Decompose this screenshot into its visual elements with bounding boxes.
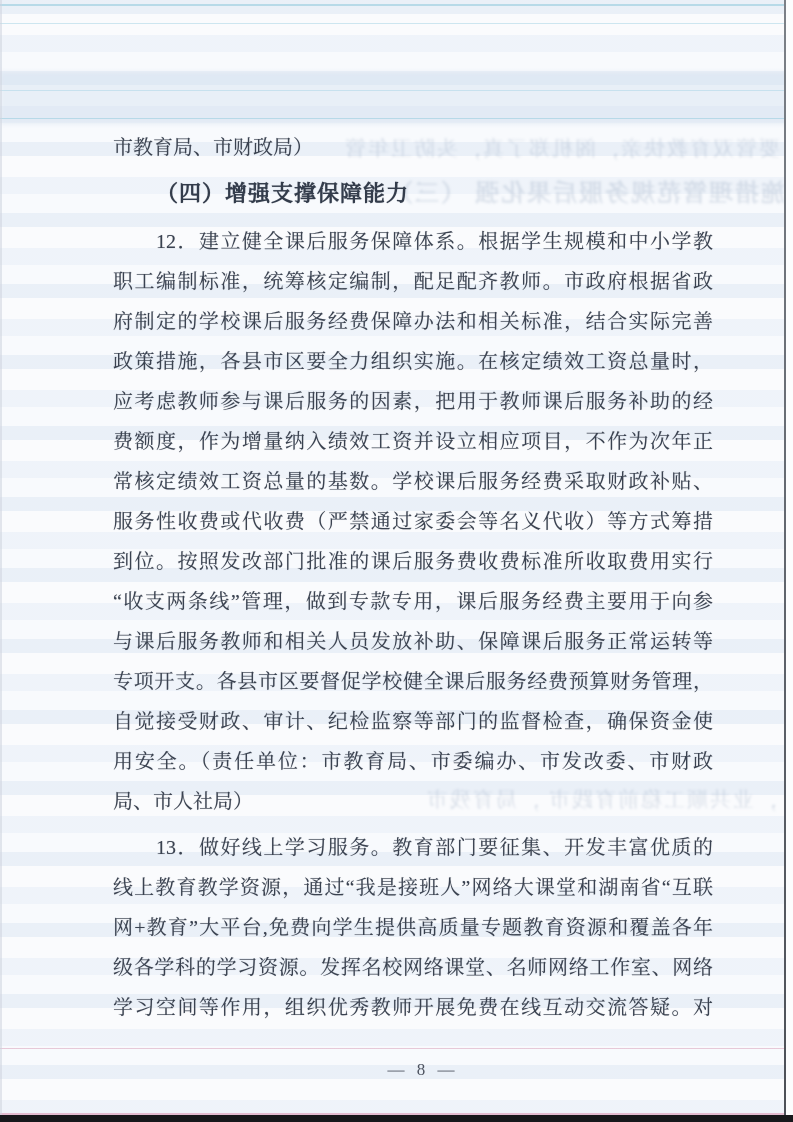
body-text-line: 常核定绩效工资总量的基数。学校课后服务经费采取财政补贴、 — [113, 462, 713, 502]
body-text-line: 应考虑教师参与课后服务的因素，把用于教师课后服务补助的经 — [113, 382, 713, 422]
page-number: — 8 — — [113, 1060, 733, 1080]
page-right-margin — [786, 0, 793, 1122]
body-text-line: 专项开支。各县市区要督促学校健全课后服务经费预算财务管理， — [113, 662, 713, 702]
section-heading: （四）增强支撑保障能力 — [113, 174, 713, 214]
body-text-line: 局、市人社局） — [113, 782, 713, 822]
body-text-line: 自觉接受财政、审计、纪检监察等部门的监督检查，确保资金使 — [113, 702, 713, 742]
body-text-line: 12．建立健全课后服务保障体系。根据学生规模和中小学教 — [113, 222, 713, 262]
body-text-line: 用安全。（责任单位：市教育局、市委编办、市发改委、市财政 — [113, 742, 713, 782]
paragraph-13: 13．做好线上学习服务。教育部门要征集、开发丰富优质的 线上教育教学资源，通过“… — [113, 828, 713, 1028]
body-text-line: “收支两条线”管理，做到专款专用，课后服务经费主要用于向参 — [113, 582, 713, 622]
scanned-document-page: 要管双育教快亲，阁机郑了真，头防卫年管班 施措理管范规务服后果化强 （三） ，业… — [0, 0, 793, 1122]
scan-line-artifact — [0, 23, 793, 24]
body-text-line: 级各学科的学习资源。发挥名校网络课堂、名师网络工作室、网络 — [113, 948, 713, 988]
page-left-edge — [0, 0, 2, 1122]
scan-line-artifact — [0, 1048, 793, 1049]
paragraph-12: 12．建立健全课后服务保障体系。根据学生规模和中小学教 职工编制标准，统筹核定编… — [113, 222, 713, 822]
body-text-line: 与课后服务教师和相关人员发放补助、保障课后服务正常运转等 — [113, 622, 713, 662]
body-text-line: 到位。按照发改部门批准的课后服务费收费标准所收取费用实行 — [113, 542, 713, 582]
body-text-line: 职工编制标准，统筹核定编制，配足配齐教师。市政府根据省政 — [113, 262, 713, 302]
body-text-line: 市教育局、市财政局） — [113, 128, 713, 168]
body-text-line: 政策措施，各县市区要全力组织实施。在核定绩效工资总量时， — [113, 342, 713, 382]
body-text-line: 13．做好线上学习服务。教育部门要征集、开发丰富优质的 — [113, 828, 713, 868]
body-text-line: 府制定的学校课后服务经费保障办法和相关标准，结合实际完善 — [113, 302, 713, 342]
body-text-line: 网+教育”大平台,免费向学生提供高质量专题教育资源和覆盖各年 — [113, 908, 713, 948]
document-body: 市教育局、市财政局） （四）增强支撑保障能力 12．建立健全课后服务保障体系。根… — [113, 128, 713, 1028]
scan-line-artifact — [0, 4, 793, 6]
page-edge-line — [784, 0, 786, 1122]
scanner-bed-strip — [0, 1115, 793, 1122]
body-text-line: 服务性收费或代收费（严禁通过家委会等名义代收）等方式筹措 — [113, 502, 713, 542]
body-text-line: 线上教育教学资源，通过“我是接班人”网络大课堂和湖南省“互联 — [113, 868, 713, 908]
body-text-line: 学习空间等作用，组织优秀教师开展免费在线互动交流答疑。对 — [113, 988, 713, 1028]
scan-band-artifact — [0, 72, 793, 124]
body-text-line: 费额度，作为增量纳入绩效工资并设立相应项目，不作为次年正 — [113, 422, 713, 462]
